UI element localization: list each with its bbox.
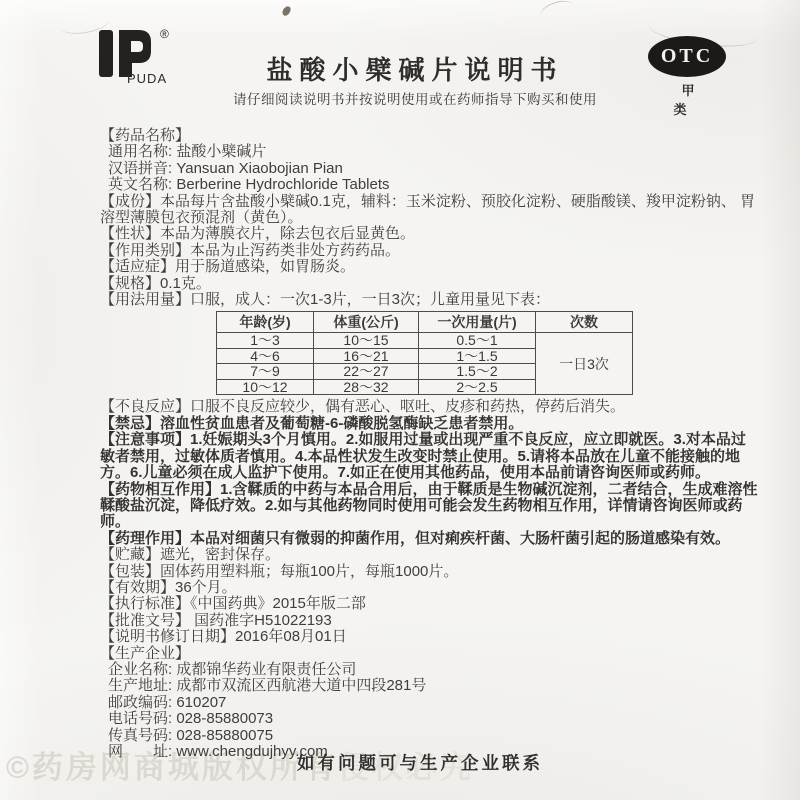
section-packaging: 【包装】固体药用塑料瓶；每瓶100片，每瓶1000片。 bbox=[100, 564, 758, 580]
section-character: 【性状】本品为薄膜衣片，除去包衣后显黄色。 bbox=[100, 226, 758, 242]
table-cell: 10～15 bbox=[314, 333, 419, 349]
field-pinyin: 汉语拼音: Yansuan Xiaobojian Pian bbox=[100, 161, 758, 177]
section-specification: 【规格】0.1克。 bbox=[100, 276, 758, 292]
field-company-name: 企业名称: 成都锦华药业有限责任公司 bbox=[100, 662, 758, 678]
contact-manufacturer-note: 如有问题可与生产企业联系 bbox=[100, 750, 740, 775]
table-cell: 2～2.5 bbox=[419, 379, 536, 395]
table-cell: 4～6 bbox=[217, 348, 314, 364]
paper-speck bbox=[281, 5, 292, 17]
section-precautions: 【注意事项】1.妊娠期头3个月慎用。2.如服用过量或出现严重不良反应，应立即就医… bbox=[100, 432, 758, 481]
table-cell: 28～32 bbox=[314, 379, 419, 395]
dosage-table: 年龄(岁) 体重(公斤) 一次用量(片) 次数 1～3 10～15 0.5～1 … bbox=[216, 311, 633, 395]
dosage-col-frequency: 次数 bbox=[536, 312, 633, 333]
paper-crease bbox=[538, 0, 576, 24]
field-english-name: 英文名称: Berberine Hydrochloride Tablets bbox=[100, 177, 758, 193]
field-address: 生产地址: 成都市双流区西航港大道中四段281号 bbox=[100, 678, 758, 694]
section-approval-number: 【批准文号】 国药准字H51022193 bbox=[100, 613, 758, 629]
field-fax: 传真号码: 028-85880075 bbox=[100, 728, 758, 744]
section-ingredients: 【成份】本品每片含盐酸小檗碱0.1克，辅料：玉米淀粉、预胶化淀粉、硬脂酸镁、羧甲… bbox=[100, 194, 758, 227]
section-pharmacology: 【药理作用】本品对细菌只有微弱的抑菌作用，但对痢疾杆菌、大肠杆菌引起的肠道感染有… bbox=[100, 531, 758, 547]
leaflet-body: 【药品名称】 通用名称: 盐酸小檗碱片 汉语拼音: Yansuan Xiaobo… bbox=[100, 128, 758, 760]
table-cell: 1.5～2 bbox=[419, 364, 536, 380]
otc-class-label: 甲 类 bbox=[648, 80, 728, 118]
table-cell: 10～12 bbox=[217, 379, 314, 395]
section-dosage: 【用法用量】口服，成人：一次1-3片，一日3次；儿童用量见下表： bbox=[100, 292, 758, 308]
table-cell: 16～21 bbox=[314, 348, 419, 364]
section-storage: 【贮藏】遮光，密封保存。 bbox=[100, 547, 758, 563]
table-cell: 7～9 bbox=[217, 364, 314, 380]
dosage-col-age: 年龄(岁) bbox=[217, 312, 314, 333]
otc-oval-icon: OTC bbox=[648, 36, 726, 77]
section-validity: 【有效期】36个月。 bbox=[100, 580, 758, 596]
section-action-category: 【作用类别】本品为止泻药类非处方药药品。 bbox=[100, 243, 758, 259]
section-contraindications: 【禁忌】溶血性贫血患者及葡萄糖-6-磷酸脱氢酶缺乏患者禁用。 bbox=[100, 416, 758, 432]
section-adverse-reactions: 【不良反应】口服不良反应较少，偶有恶心、呕吐、皮疹和药热，停药后消失。 bbox=[100, 399, 758, 415]
section-manufacturer-heading: 【生产企业】 bbox=[100, 646, 758, 662]
dosage-col-weight: 体重(公斤) bbox=[314, 312, 419, 333]
section-drug-interactions: 【药物相互作用】1.含鞣质的中药与本品合用后，由于鞣质是生物碱沉淀剂，二者结合，… bbox=[100, 482, 758, 531]
table-cell: 22～27 bbox=[314, 364, 419, 380]
table-cell: 0.5～1 bbox=[419, 333, 536, 349]
section-indications: 【适应症】用于肠道感染，如胃肠炎。 bbox=[100, 259, 758, 275]
otc-badge: OTC 甲 类 bbox=[648, 36, 728, 118]
section-standard: 【执行标准】《中国药典》2015年版二部 bbox=[100, 596, 758, 612]
table-cell: 1～3 bbox=[217, 333, 314, 349]
dosage-table-row: 1～3 10～15 0.5～1 一日3次 bbox=[217, 333, 633, 349]
field-generic-name: 通用名称: 盐酸小檗碱片 bbox=[100, 144, 758, 160]
leaflet-page: ® PUDA 盐酸小檗碱片说明书 请仔细阅读说明书并按说明使用或在药师指导下购买… bbox=[0, 0, 800, 800]
field-phone: 电话号码: 028-85880073 bbox=[100, 711, 758, 727]
table-cell: 1～1.5 bbox=[419, 348, 536, 364]
dosage-frequency-cell: 一日3次 bbox=[536, 333, 633, 395]
section-drug-name-heading: 【药品名称】 bbox=[100, 128, 758, 144]
registered-trademark-icon: ® bbox=[160, 27, 169, 41]
field-postcode: 邮政编码: 610207 bbox=[100, 695, 758, 711]
dosage-table-header-row: 年龄(岁) 体重(公斤) 一次用量(片) 次数 bbox=[217, 312, 633, 333]
section-revision-date: 【说明书修订日期】2016年08月01日 bbox=[100, 629, 758, 645]
dosage-col-dose: 一次用量(片) bbox=[419, 312, 536, 333]
